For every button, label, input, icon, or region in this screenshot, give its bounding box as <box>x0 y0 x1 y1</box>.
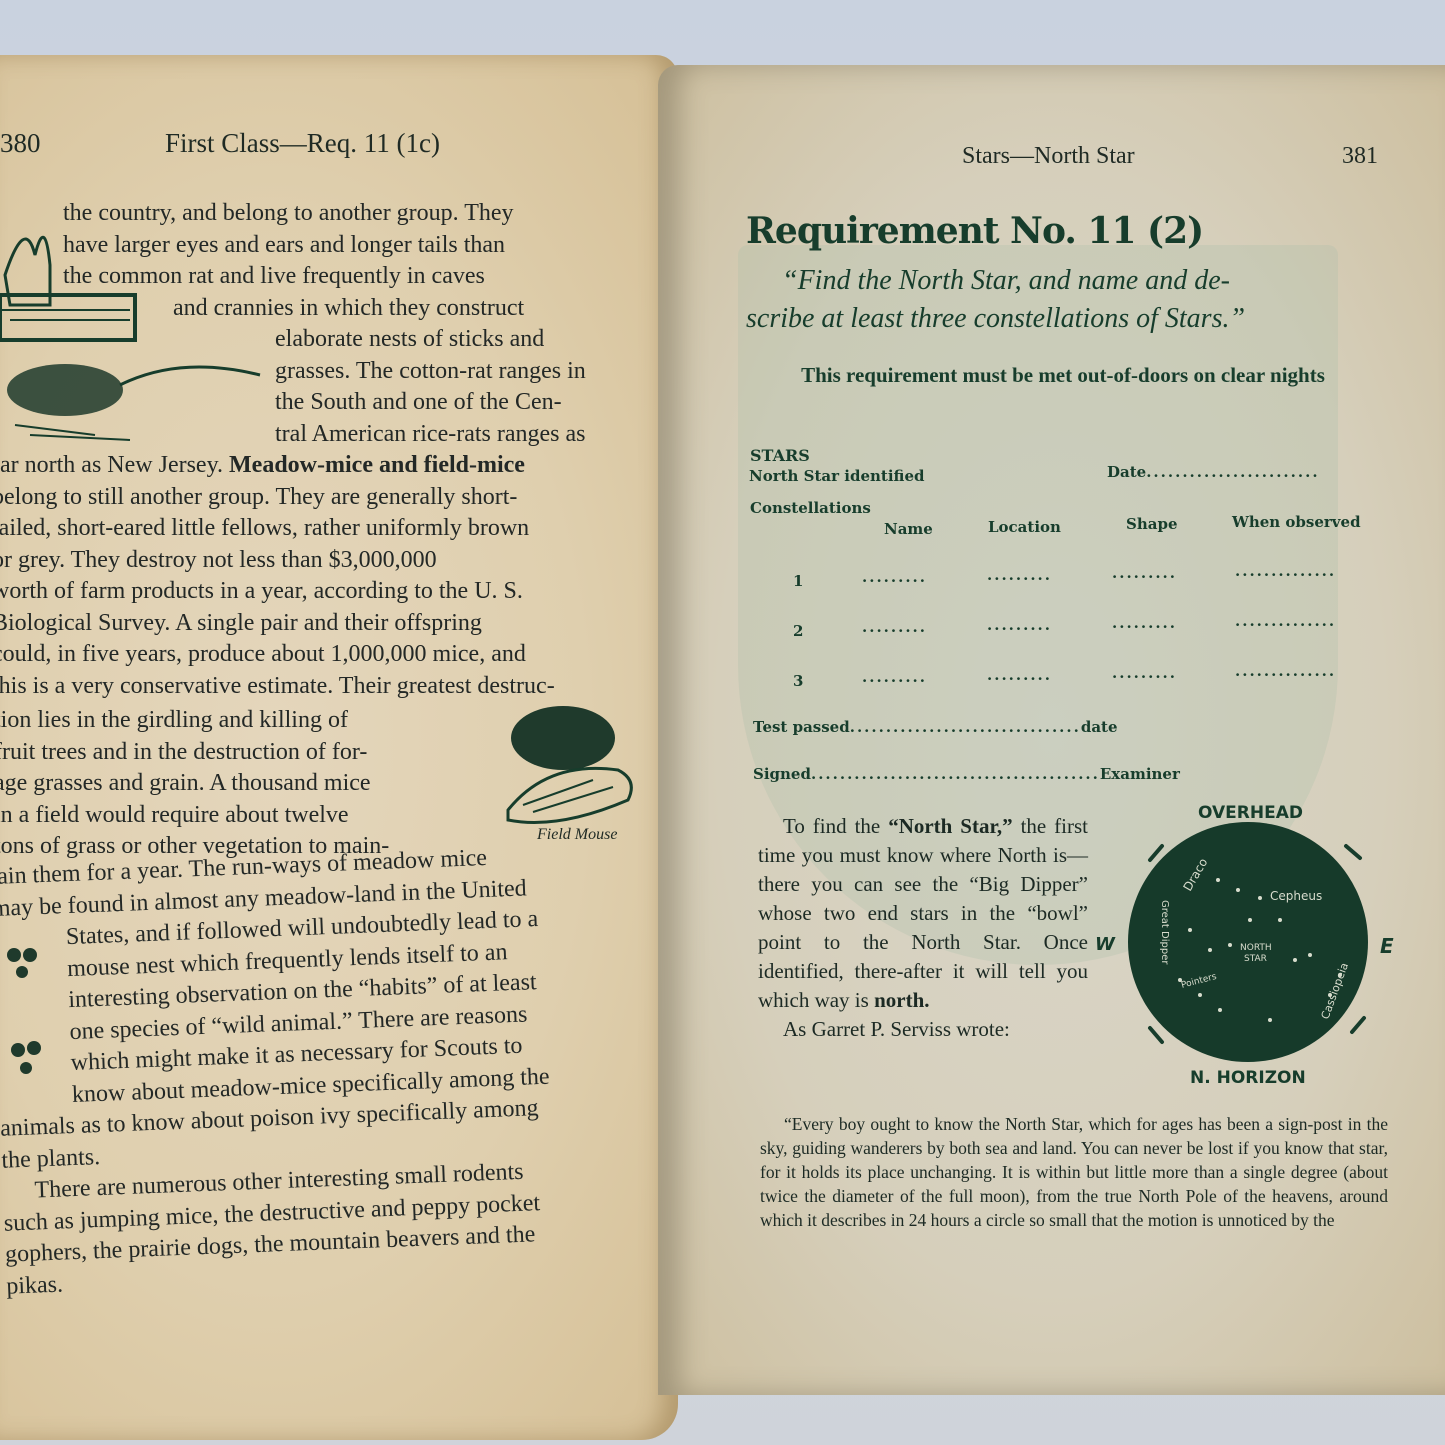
east-label: E <box>1380 934 1394 958</box>
text-run: the first time you must know where North… <box>758 814 1088 1012</box>
left-text-block-1: the country, and belong to another group… <box>63 198 655 450</box>
animal-tracks-icon <box>2 940 42 1090</box>
text-line: this is a very conservative estimate. Th… <box>0 671 657 703</box>
text-line: tailed, short-eared little fellows, rath… <box>0 513 657 545</box>
left-text-block-2: far north as New Jersey. Meadow-mice and… <box>0 450 657 702</box>
date-label: Date <box>1107 463 1146 481</box>
column-when-observed: When observed <box>1232 513 1361 531</box>
great-dipper-label: Great Dipper <box>1159 900 1170 965</box>
text-line: the South and one of the Cen- <box>63 387 655 419</box>
text-line: belong to still another group. They are … <box>0 482 657 514</box>
right-page-number: 381 <box>1342 143 1378 170</box>
row-number: 2 <box>793 622 803 640</box>
quote-line: scribe at least three constellations of … <box>746 300 1386 338</box>
when-observed-field[interactable]: .............. <box>1235 562 1336 580</box>
test-passed-field[interactable]: Test passed.............................… <box>753 718 1118 736</box>
attribution: As Garret P. Serviss wrote: <box>758 1015 1088 1044</box>
name-field[interactable]: ......... <box>862 618 927 636</box>
text-line: grasses. The cotton-rat ranges in <box>63 356 655 388</box>
bold-phrase: north. <box>874 988 929 1012</box>
name-field[interactable]: ......... <box>862 568 927 586</box>
signed-field[interactable]: Signed..................................… <box>753 765 1180 783</box>
row-number: 1 <box>793 572 803 590</box>
text-line: and crannies in which they construct <box>63 293 655 325</box>
shape-field[interactable]: ......... <box>1112 614 1177 632</box>
text-line: elaborate nests of sticks and <box>63 324 655 356</box>
test-date-label: date <box>1081 718 1118 736</box>
west-label: W <box>1095 934 1115 955</box>
location-field[interactable]: ......... <box>987 566 1052 584</box>
left-text-block-4: tain them for a year. The run-ways of me… <box>0 836 674 1302</box>
north-star-instructions: To find the “North Star,” the first time… <box>758 812 1088 1044</box>
text-run: To find the <box>783 814 888 838</box>
column-location: Location <box>988 518 1061 536</box>
text-line: tion lies in the girdling and killing of <box>0 705 474 737</box>
column-shape: Shape <box>1126 515 1178 533</box>
text-line: tral American rice-rats ranges as <box>63 419 655 451</box>
text-line: could, in five years, produce about 1,00… <box>0 639 657 671</box>
test-passed-label: Test passed <box>753 718 850 736</box>
text-line: Biological Survey. A single pair and the… <box>0 608 657 640</box>
text-line: age grasses and grain. A thousand mice <box>0 768 474 800</box>
left-page-number: 380 <box>0 128 41 159</box>
row-number: 3 <box>793 672 803 690</box>
left-running-head: First Class—Req. 11 (1c) <box>165 128 440 159</box>
quote-line: “Find the North Star, and name and de- <box>746 262 1386 300</box>
stars-section-label: STARS <box>750 446 810 465</box>
text-line: the country, and belong to another group… <box>63 198 655 230</box>
text-line: worth of farm products in a year, accord… <box>0 576 657 608</box>
field-mouse-illustration <box>488 700 648 840</box>
text-line: or grey. They destroy not less than $3,0… <box>0 545 657 577</box>
shape-field[interactable]: ......... <box>1112 664 1177 682</box>
when-observed-field[interactable]: .............. <box>1235 612 1336 630</box>
requirement-title: Requirement No. 11 (2) <box>746 210 1203 252</box>
bold-phrase: “North Star,” <box>888 814 1012 838</box>
requirement-quote: “Find the North Star, and name and de- s… <box>746 262 1386 338</box>
shape-field[interactable]: ......... <box>1112 564 1177 582</box>
text-line: have larger eyes and ears and longer tai… <box>63 230 655 262</box>
location-field[interactable]: ......... <box>987 616 1052 634</box>
column-name: Name <box>884 520 933 538</box>
north-horizon-label: N. HORIZON <box>1190 1068 1306 1088</box>
name-field[interactable]: ......... <box>862 668 927 686</box>
text-line: fruit trees and in the destruction of fo… <box>0 737 474 769</box>
text-line: in a field would require about twelve <box>0 800 474 832</box>
location-field[interactable]: ......... <box>987 666 1052 684</box>
constellations-label: Constellations <box>750 499 871 517</box>
star-map: Draco Cepheus Great Dipper Pointers NORT… <box>1120 820 1400 1070</box>
examiner-label: Examiner <box>1100 765 1180 783</box>
left-text-block-3: tion lies in the girdling and killing of… <box>0 705 474 863</box>
serviss-quotation: “Every boy ought to know the North Star,… <box>760 1112 1388 1232</box>
text-line: far north as New Jersey. <box>0 452 229 478</box>
cepheus-label: Cepheus <box>1270 889 1322 903</box>
signed-label: Signed <box>753 765 811 783</box>
bold-phrase: Meadow-mice and field-mice <box>229 452 525 478</box>
when-observed-field[interactable]: .............. <box>1235 662 1336 680</box>
right-running-head: Stars—North Star <box>962 143 1135 170</box>
text-line: the common rat and live frequently in ca… <box>63 261 655 293</box>
svg-text:STAR: STAR <box>1244 954 1267 964</box>
north-star-label: NORTH <box>1240 943 1272 953</box>
date-field[interactable]: Date........................ <box>1107 463 1320 481</box>
requirement-note: This requirement must be met out-of-door… <box>746 360 1380 390</box>
north-star-identified-label: North Star identified <box>749 467 924 485</box>
